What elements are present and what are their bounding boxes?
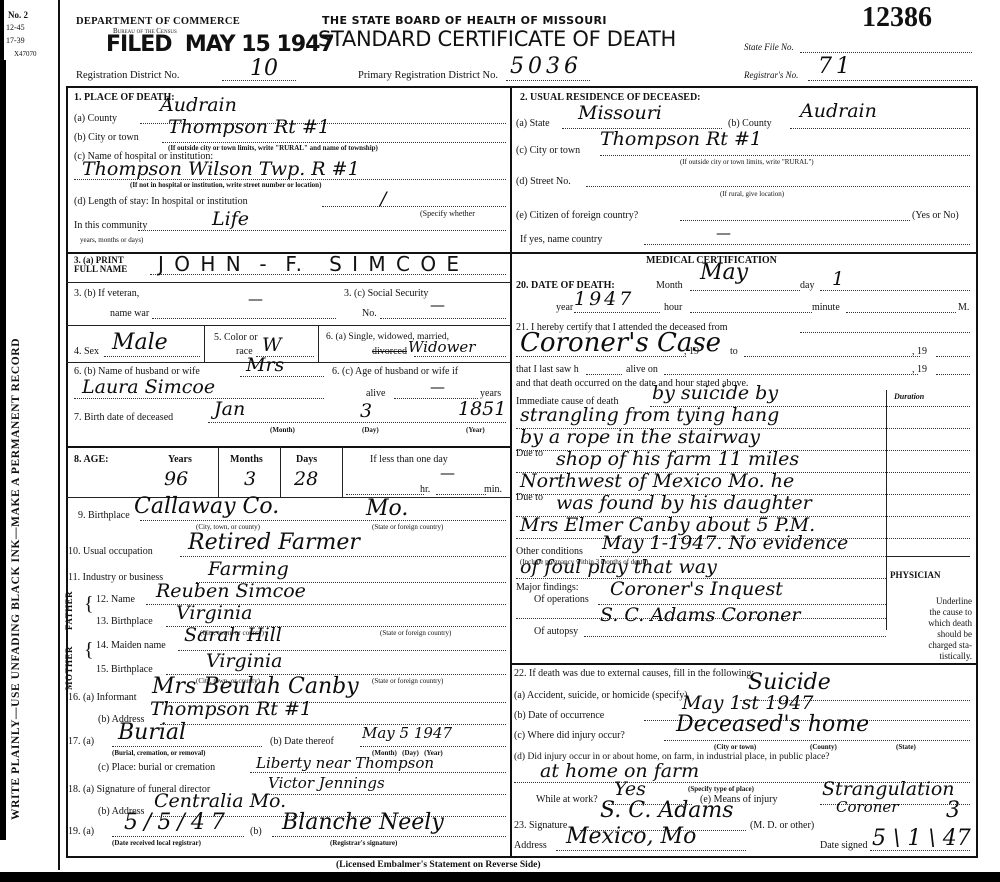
minute-label: minute [812,302,840,313]
ssn-label-2: No. [362,308,377,319]
form-border [976,86,978,856]
spouse-age-label: 6. (c) Age of husband or wife if [332,366,458,377]
veteran-line [152,318,336,319]
mother-birthplace-label: 15. Birthplace [96,664,153,675]
age-days-field[interactable]: 28 [294,470,318,489]
director-address-field[interactable]: Centralia Mo. [154,792,286,811]
spouse-age-field[interactable]: — [430,380,445,395]
certificate-number: 12386 [862,2,932,34]
father-birthplace-field[interactable]: Virginia [176,604,252,623]
county-label: (a) County [74,113,117,124]
residence-county-field[interactable]: Audrain [800,102,877,121]
spouse-age-label-2: alive [366,388,385,399]
community-label: In this community [74,220,147,231]
less-than-day-label: If less than one day [370,454,448,465]
birth-month-field[interactable]: Jan [214,400,245,419]
cell-divider [280,447,281,497]
from-line [516,356,686,357]
cell-divider [204,326,205,362]
where-county-caption: (County) [810,743,837,751]
registration-district-value[interactable]: 10 [250,58,278,80]
community-field[interactable]: Life [212,210,249,229]
day-line [820,290,970,291]
signature-address-line [556,850,746,851]
hospital-field[interactable]: Thompson Wilson Twp. R #1 [82,160,360,179]
due-to-label: Due to [516,448,543,459]
birth-day-field[interactable]: 3 [360,402,372,421]
row-divider [66,446,510,448]
marital-field[interactable]: Widower [408,340,475,355]
nineteen-label: , 19 [684,346,699,357]
minute-field[interactable] [846,312,956,313]
physician-note: Underline the cause to which death shoul… [888,596,972,662]
autopsy-label: Of autopsy [534,626,578,637]
sex-field[interactable]: Male [112,332,168,354]
death-day-field[interactable]: 1 [832,270,844,289]
primary-registration-value[interactable]: 5036 [510,56,582,78]
year-caption: (Year) [466,426,485,434]
to-label: to [730,346,738,357]
father-birthplace-label: 13. Birthplace [96,616,153,627]
operations-field[interactable]: Coroner's Inquest [610,580,783,599]
full-name-field[interactable]: J O H N - F. S I M C O E [158,252,461,276]
nineteen-label: , 19 [912,364,927,375]
stay-label: (d) Length of stay: In hospital or insti… [74,196,248,207]
country-field[interactable] [644,244,970,245]
cell-divider [318,326,319,362]
date-signed-field[interactable]: 5 \ 1 \ 47 [872,828,971,850]
spouse-line-2 [74,398,324,399]
street-field[interactable] [586,186,970,187]
form-code: 12-45 [6,23,25,32]
cause-line-text: by suicide by [652,384,778,403]
sex-label: 4. Sex [74,346,99,357]
burial-type-caption: (Burial, cremation, or removal) [112,749,206,757]
form-code: X47070 [14,50,37,58]
birth-line [208,422,506,423]
spouse-field[interactable]: Laura Simcoe [82,378,215,397]
year-line [574,312,660,313]
autopsy-line [584,636,886,637]
received-date-field[interactable]: 5/5/47 [124,812,231,834]
residence-city-line [600,155,970,156]
burial-place-field[interactable]: Liberty near Thompson [256,756,434,771]
mother-maiden-label: 14. Maiden name [96,640,166,651]
registrar-signature-field[interactable]: Blanche Neely [282,812,444,834]
burial-date-field[interactable]: May 5 1947 [362,726,452,741]
note-line: the cause to [888,607,972,618]
specify-caption: (Specify type of place) [688,785,754,793]
other-line-text: May 1-1947. No evidence [602,534,848,553]
spouse-line [240,376,324,377]
days-label: Days [296,454,317,465]
mother-birthplace-field[interactable]: Virginia [206,652,282,671]
m-label: M. [958,302,969,313]
last-saw-line [586,374,622,375]
filed-stamp: FILED MAY 15 1947 [106,32,334,57]
community-note: years, months or days) [80,236,143,244]
citizen-line [680,220,910,221]
color-label: 5. Color or [214,332,258,343]
day-label: day [800,280,814,291]
where-state-caption: (State) [896,743,916,751]
min-label: min. [484,484,502,495]
date-signed-label: Date signed [820,840,868,851]
cause-line-text: shop of his farm 11 miles [556,450,799,469]
received-line [112,836,244,837]
veteran-label: 3. (b) If veteran, [74,288,139,299]
month-caption: (Month) [270,426,295,434]
signature-address-field[interactable]: Mexico, Mo [566,826,696,848]
left-margin: No. 2 12-45 17-39 X47070 WRITE PLAINLY—U… [0,0,58,882]
birth-year-field[interactable]: 1851 [458,400,506,419]
nineteen-label: , 19 [912,346,927,357]
note-line: should be [888,629,972,640]
residence-state-field[interactable]: Missouri [578,104,662,123]
primary-registration-line [506,80,590,81]
burial-type-field[interactable]: Burial [118,722,186,744]
state-label: (a) State [516,118,550,129]
state-caption: (State or foreign country) [372,677,443,685]
stay-field[interactable]: / [380,190,386,209]
title-label: (M. D. or other) [750,820,814,831]
city-line [162,142,506,143]
duration-divider [886,390,887,630]
physician-box-top [886,556,970,557]
due-to-label: Due to [516,492,543,503]
years-label: Years [168,454,192,465]
informant-address-line [160,724,506,725]
name-label: 3. (a) PRINT FULL NAME [74,256,127,274]
hr-field[interactable] [346,494,424,495]
father-label: FATHER [64,591,74,630]
age-months-field[interactable]: 3 [244,470,256,489]
hour-field[interactable] [690,312,812,313]
citizen-label: (e) Citizen of foreign country? [516,210,638,221]
note-line: which death [888,618,972,629]
state-caption: (State or foreign country) [372,523,443,531]
veteran-label-2: name war [110,308,149,319]
street-label: (d) Street No. [516,176,571,187]
age-years-field[interactable]: 96 [164,470,188,489]
funeral-director-line [266,794,506,795]
mother-maiden-field[interactable]: Sarah Hill [184,626,282,645]
marital-line [414,356,506,357]
external-heading: 22. If death was due to external causes,… [514,668,754,679]
informant-address-field[interactable]: Thompson Rt #1 [150,700,312,719]
residence-city-field[interactable]: Thompson Rt #1 [600,130,762,149]
cause-line-text: strangling from tying hang [520,406,779,425]
burial-label: 17. (a) [68,736,94,747]
spouse-field-title[interactable]: Mrs [246,356,284,375]
street-note: (If rural, give location) [720,190,784,198]
external-type-label: (a) Accident, suicide, or homicide (spec… [514,690,688,701]
mother-brace: { [84,640,94,660]
alive-on-label: alive on [626,364,658,375]
external-type-field[interactable]: Suicide [748,672,831,694]
footer-note: (Licensed Embalmer's Statement on Revers… [336,860,540,870]
row-divider [66,497,510,498]
burial-place-label: (c) Place: burial or cremation [98,762,215,773]
while-at-work-field[interactable]: Yes [614,780,646,799]
form-code: 17-39 [6,36,25,45]
primary-registration-label: Primary Registration District No. [358,70,498,81]
informant-label: 16. (a) Informant [68,692,137,703]
registrar-no-label: Registrar's No. [744,70,798,80]
signature-address-label: Address [514,840,547,851]
occupation-line [180,556,506,557]
name-label-line: FULL NAME [74,265,127,274]
city-label: (b) City or town [74,132,139,143]
registrar-sig-label: (b) [250,826,262,837]
cell-divider [218,447,219,497]
father-brace: { [84,594,94,614]
alive-on-line [664,374,918,375]
note-line: tistically. [888,651,972,662]
citizen-suffix: (Yes or No) [912,210,959,221]
months-label: Months [230,454,263,465]
death-year-field[interactable]: 1947 [574,290,634,309]
citizen-field[interactable]: — [716,226,731,241]
certify-line [800,332,970,333]
registrar-sig-caption: (Registrar's signature) [330,839,397,847]
birthplace-label: 9. Birthplace [78,510,130,521]
informant-field[interactable]: Mrs Beulah Canby [152,676,359,698]
note-line: charged sta- [888,640,972,651]
margin-edge [0,60,6,840]
hr-value: — [440,466,455,481]
note-line: Underline [888,596,972,607]
residence-city-note: (If outside city or town limits, write "… [680,158,814,166]
industry-field[interactable]: Farming [208,560,289,579]
min-field[interactable] [436,494,486,495]
autopsy-field[interactable]: S. C. Adams Coroner [600,606,800,625]
birthplace-state-field[interactable]: Mo. [366,498,408,520]
while-at-work-label: While at work? [536,794,598,805]
country-label: If yes, name country [520,234,602,245]
vertical-instruction: WRITE PLAINLY—USE UNFADING BLACK INK—MAK… [10,338,22,820]
burial-place-line [250,772,506,773]
death-county-field[interactable]: Audrain [160,96,237,115]
day-caption: (Day) [362,426,379,434]
column-divider [510,86,512,856]
form-border [58,0,60,870]
state-file-label: State File No. [744,42,794,52]
residence-county-line [790,128,970,129]
year-to-line [936,356,970,357]
section-divider [66,86,978,88]
row-divider [66,282,510,283]
means-field[interactable]: Strangulation [822,780,955,799]
section-divider [66,856,978,858]
page-edge [0,872,1000,882]
year-label: year [556,302,573,313]
community-line [138,230,506,231]
marital-label-2: divorced [372,346,407,357]
occurrence-date-field[interactable]: May 1st 1947 [682,694,813,713]
cause-line-text: was found by his daughter [556,494,812,513]
specify-note: (Specify whether [420,209,475,218]
cause-line-text: by a rope in the stairway [520,428,760,447]
margin-edge [0,0,4,60]
sex-line [104,356,200,357]
state-file-field[interactable] [800,52,972,53]
cell-divider [342,447,343,497]
stay-line [322,206,506,207]
birthplace-line [140,520,506,521]
birthplace-city-field[interactable]: Callaway Co. [134,496,279,518]
industry-label: 11. Industry or business [68,572,163,583]
date-signed-extra: 3 [946,800,960,822]
state-caption: (State or foreign country) [380,629,451,637]
occupation-field[interactable]: Retired Farmer [188,532,360,554]
physician-label: PHYSICIAN [890,570,941,580]
burial-type-line [112,746,262,747]
mother-label: MOTHER [64,646,74,690]
occurrence-date-label: (b) Date of occurrence [514,710,604,721]
registrar-no-value[interactable]: 71 [818,56,854,78]
veteran-field[interactable]: — [248,292,263,307]
ssn-label: 3. (c) Social Security [344,288,428,299]
hour-label: hour [664,302,682,313]
other-line-text: of foul play that way [520,558,717,577]
board-label: THE STATE BOARD OF HEALTH OF MISSOURI [322,14,607,27]
registrar-no-line [808,80,972,81]
residence-city-label: (c) City or town [516,145,580,156]
last-saw-label: that I last saw h [516,364,579,375]
where-label: (c) Where did injury occur? [514,730,625,741]
row-divider [66,362,510,363]
occupation-label: 10. Usual occupation [68,546,153,557]
burial-date-label: (b) Date thereof [270,736,334,747]
where-city-caption: (City or town) [714,743,756,751]
cause-line-text: Northwest of Mexico Mo. he [520,472,794,491]
color-field[interactable]: W [262,336,282,355]
ssn-line [380,318,506,319]
father-name-field[interactable]: Reuben Simcoe [156,582,306,601]
department-label: DEPARTMENT OF COMMERCE [76,16,240,27]
duration-label: Duration [894,392,924,401]
major-findings-label: Major findings: [516,582,579,593]
title-field[interactable]: Coroner [836,800,898,815]
year-alive-line [936,374,970,375]
where-line [664,740,970,741]
death-month-field[interactable]: May [700,262,748,284]
funeral-director-field[interactable]: Victor Jennings [268,776,385,791]
burial-date-line [360,746,506,747]
page-title: STANDARD CERTIFICATE OF DEATH [318,27,676,51]
birth-label: 7. Birth date of deceased [74,412,173,423]
hr-label: hr. [420,484,430,495]
age-label: 8. AGE: [74,454,108,465]
registrar-sig-line [272,836,506,837]
ssn-field[interactable]: — [430,298,445,313]
death-city-field[interactable]: Thompson Rt #1 [168,118,330,137]
received-caption: (Date received local registrar) [112,839,201,847]
row-divider [510,663,976,665]
father-name-label: 12. Name [96,594,135,605]
registration-district-label: Registration District No. [76,70,180,81]
to-line [744,356,920,357]
physician-signature-field[interactable]: S. C. Adams [600,800,734,822]
month-line [690,290,800,291]
where-field[interactable]: Deceased's home [676,714,869,736]
received-label: 19. (a) [68,826,94,837]
operations-label: Of operations [534,594,589,605]
hospital-note: (If not in hospital or institution, writ… [130,181,321,189]
month-label: Month [656,280,683,291]
signature-label: 23. Signature [514,820,567,831]
row-divider [66,325,510,326]
form-code: No. 2 [8,10,28,20]
